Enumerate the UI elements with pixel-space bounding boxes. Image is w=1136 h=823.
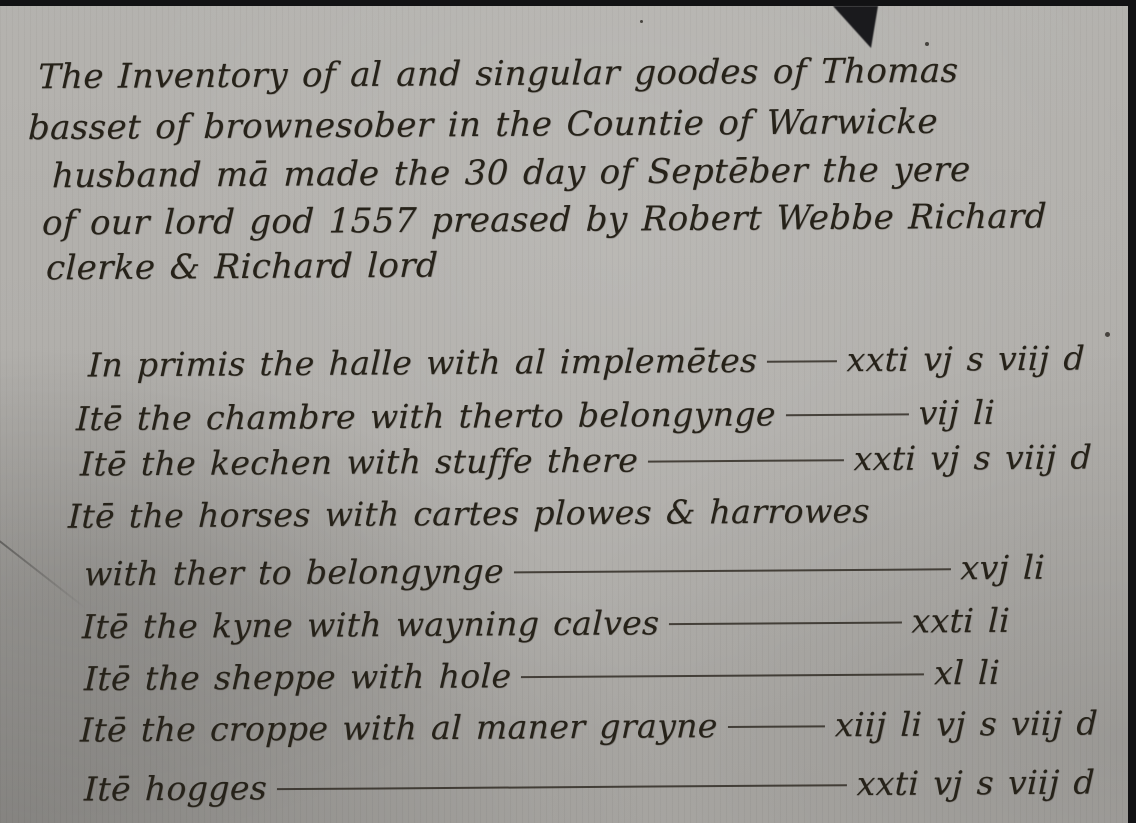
paper-crease: [0, 540, 87, 609]
entry-text: Itē the croppe with al maner grayne: [79, 706, 718, 749]
entry-value: xl li: [934, 653, 1001, 692]
ink-speck: [925, 42, 929, 46]
inventory-entry: Itē the chambre with therto belongynge v…: [75, 393, 995, 438]
inventory-entry: Itē the horses with cartes plowes & harr…: [67, 491, 870, 536]
entry-value: xvj li: [960, 548, 1046, 588]
entry-value: xxti vj s viij d: [856, 762, 1095, 803]
leader-line: [514, 568, 951, 573]
entry-value: xxti li: [911, 601, 1011, 641]
leader-line: [648, 459, 843, 462]
heading-line-3: husband mā made the 30 day of Septēber t…: [51, 150, 971, 196]
entry-text: In primis the halle with al implemētes: [87, 341, 757, 385]
inventory-entry: Itē hogges xxti vj s viij d: [83, 762, 1095, 808]
inventory-entry: Itē the kechen with stuffe there xxti vj…: [79, 437, 1092, 483]
ink-speck: [1105, 332, 1110, 337]
manuscript-photo: The Inventory of al and singular goodes …: [0, 0, 1136, 823]
ink-speck: [640, 20, 643, 23]
entry-value: xxti vj s viij d: [853, 437, 1092, 478]
inventory-entry: Itē the sheppe with hole xl li: [83, 653, 1000, 698]
entry-value: xxti vj s viij d: [846, 339, 1085, 380]
entry-text: Itē the kechen with stuffe there: [79, 441, 638, 484]
inventory-entry: Itē the kyne with wayning calves xxti li: [81, 601, 1010, 646]
leader-line: [669, 622, 901, 626]
inventory-entry: Itē the croppe with al maner grayne xiij…: [79, 703, 1098, 749]
entry-text: Itē the sheppe with hole: [83, 656, 512, 698]
entry-value: xiij li vj s viij d: [834, 703, 1098, 744]
torn-corner: [833, 6, 878, 48]
entry-value: vij li: [918, 393, 996, 433]
leader-line: [728, 725, 825, 728]
entry-text: Itē the kyne with wayning calves: [81, 603, 660, 646]
leader-line: [786, 413, 909, 416]
leader-line: [767, 360, 836, 362]
entry-text: with ther to belongynge: [83, 551, 504, 593]
heading-line-2: basset of brownesober in the Countie of …: [27, 102, 938, 148]
photo-edge-right: [1128, 0, 1136, 823]
entry-text: Itē hogges: [83, 768, 267, 808]
entry-text: Itē the horses with cartes plowes & harr…: [67, 491, 870, 536]
heading-line-4: of our lord god 1557 preased by Robert W…: [41, 196, 1047, 243]
leader-line: [521, 673, 924, 678]
heading-line-1: The Inventory of al and singular goodes …: [37, 51, 959, 97]
heading-line-5: clerke & Richard lord: [45, 246, 438, 289]
photo-edge-top: [0, 0, 1136, 6]
inventory-entry: In primis the halle with al implemētes x…: [87, 339, 1085, 385]
entry-text: Itē the chambre with therto belongynge: [75, 394, 776, 438]
leader-line: [277, 784, 847, 790]
paper-sheet: The Inventory of al and singular goodes …: [0, 6, 1128, 823]
inventory-entry: with ther to belongynge xvj li: [83, 548, 1045, 594]
